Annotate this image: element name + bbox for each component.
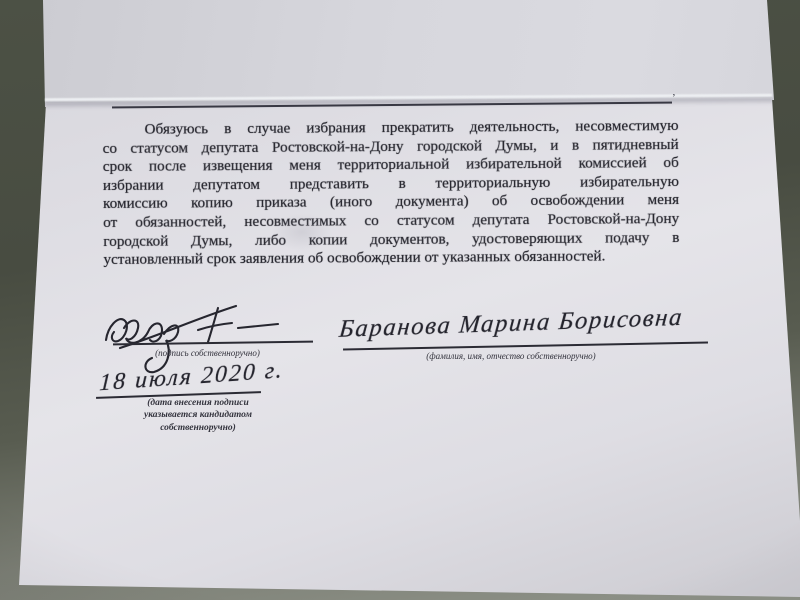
signature-caption: (подпись собственноручно) (115, 348, 300, 358)
date-caption: (дата внесения подписи указывается канди… (118, 397, 278, 434)
name-caption: (фамилия, имя, отчество собственноручно) (400, 351, 622, 361)
date-caption-line: (дата внесения подписи (118, 397, 278, 409)
date-caption-line: собственноручно) (118, 422, 278, 434)
obligation-paragraph: Обязуюсь в случае избрания прекратить де… (102, 117, 679, 270)
paper-smudge (260, 206, 344, 258)
separator-rule-mark: ’ (672, 92, 676, 104)
date-caption-line: указывается кандидатом (118, 409, 278, 421)
photo-of-document: ’ Обязуюсь в случае избрания прекратить … (0, 0, 800, 600)
